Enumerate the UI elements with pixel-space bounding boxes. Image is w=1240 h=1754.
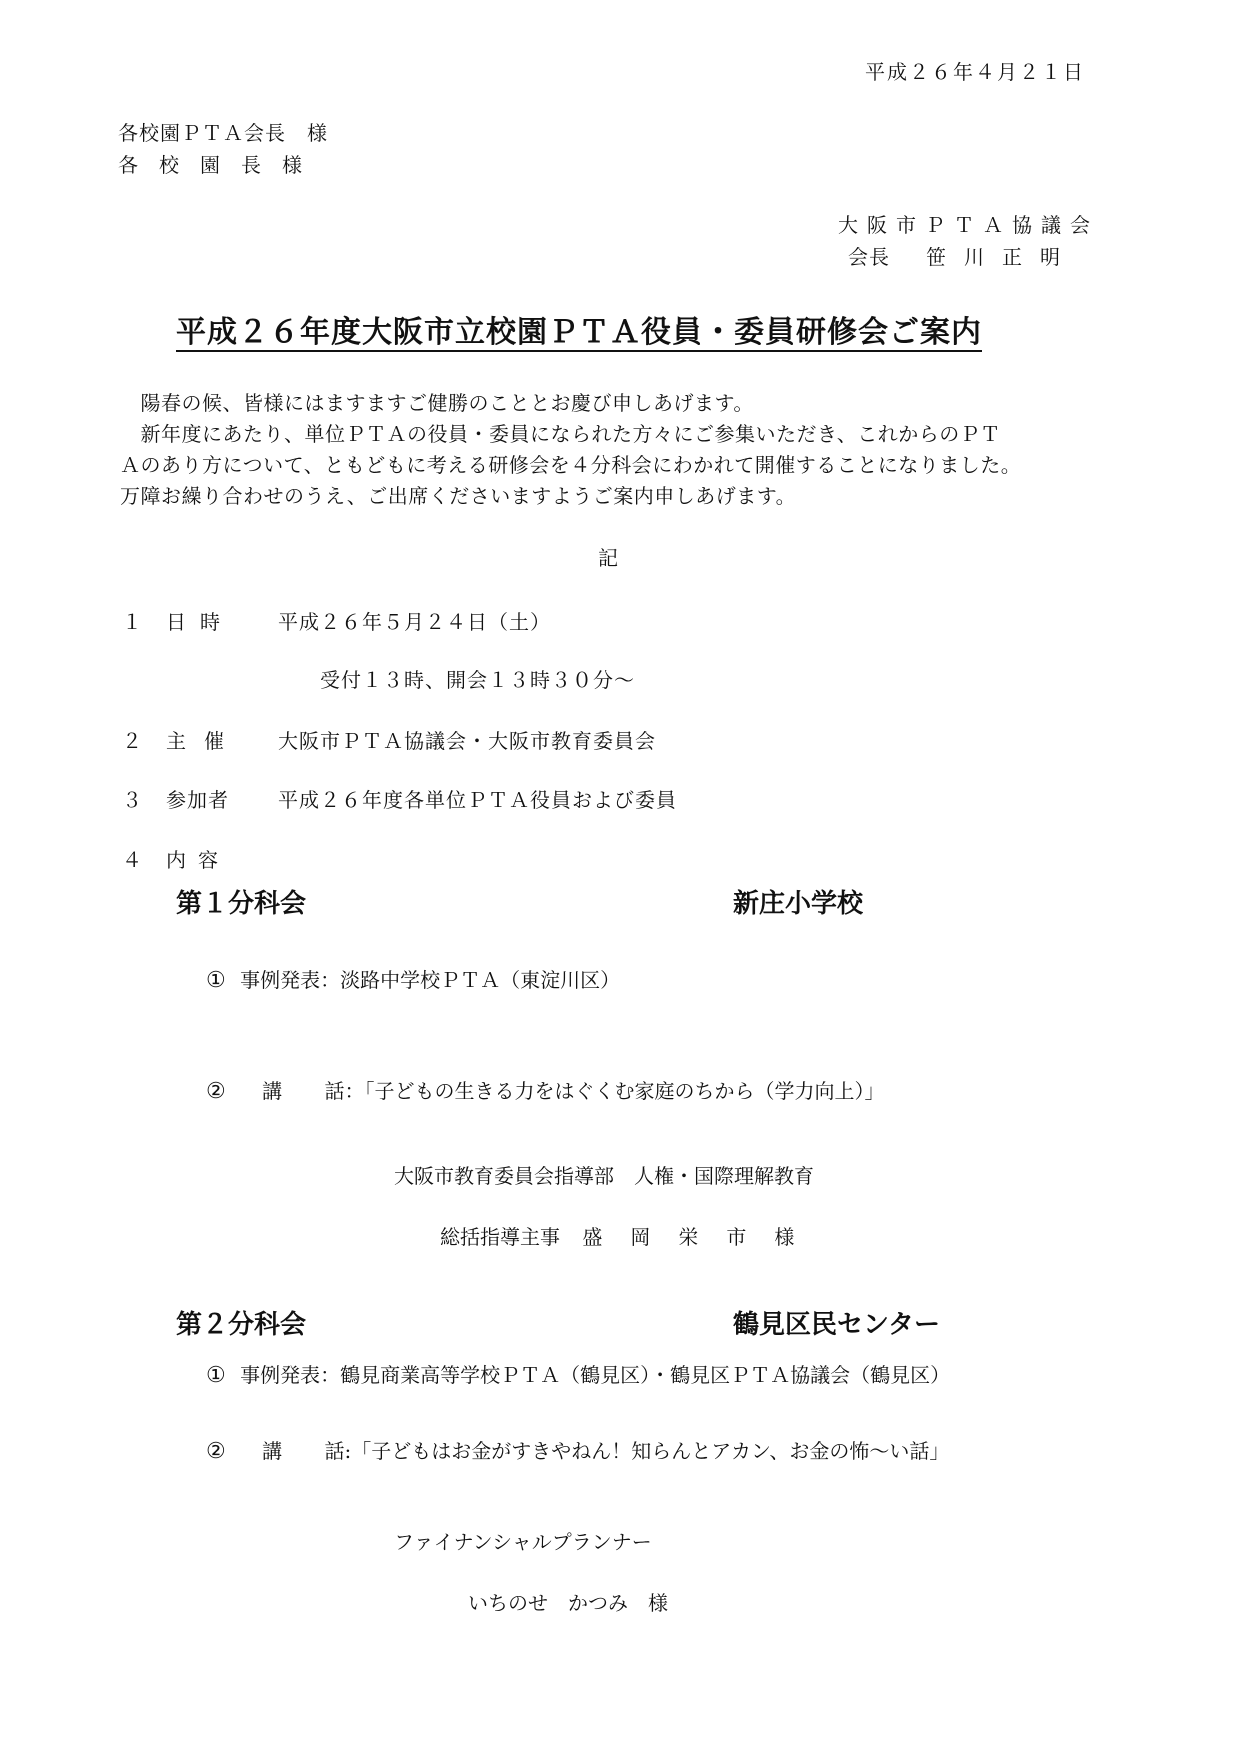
- case-study-label: 事例発表：: [240, 968, 340, 992]
- sender-name: 笹川正明: [926, 245, 1078, 269]
- sender-signature: 会長笹川正明: [848, 247, 1078, 267]
- case-study-value: 淡路中学校ＰＴＡ（東淀川区）: [340, 968, 620, 992]
- item-label-content: 内容: [166, 850, 230, 870]
- lecture-label-part1: 講: [262, 1439, 282, 1463]
- body-line: 陽春の候、皆様にはますますご健勝のこととお慶び申しあげます。: [120, 388, 1120, 419]
- item-value-participants: 平成２６年度各単位ＰＴＡ役員および委員: [278, 790, 677, 810]
- session-2-speaker-affiliation: ファイナンシャルプランナー: [394, 1532, 652, 1552]
- greeting-body: 陽春の候、皆様にはますますご健勝のこととお慶び申しあげます。 新年度にあたり、単…: [120, 388, 1120, 512]
- item-value-datetime: 平成２６年５月２４日（土）: [278, 612, 551, 632]
- circled-two-marker: ②: [206, 1079, 226, 1104]
- ki-heading: 記: [598, 548, 618, 568]
- lecture-title: 「子どもの生きる力をはぐくむ家庭のちから（学力向上）」: [364, 1079, 884, 1103]
- case-study-value: 鶴見商業高等学校ＰＴＡ（鶴見区）・鶴見区ＰＴＡ協議会（鶴見区）: [340, 1363, 950, 1387]
- session-1-speaker: 総括指導主事 盛 岡 栄 市 様: [440, 1227, 798, 1247]
- document-date: 平成２６年４月２１日: [865, 62, 1085, 82]
- body-line: 万障お繰り合わせのうえ、ご出席くださいますようご案内申しあげます。: [120, 481, 1120, 512]
- item-label-participants: 参加者: [166, 790, 229, 810]
- session-2-lecture: ② 講 話:「子どもはお金がすきやねん！知らんとアカン、お金の怖～い話」: [206, 1441, 949, 1463]
- recipient-principals: 各校園長様: [118, 155, 323, 175]
- sender-organization: 大阪市ＰＴＡ協議会: [838, 215, 1099, 235]
- body-line: 新年度にあたり、単位ＰＴＡの役員・委員になられた方々にご参集いただき、これからの…: [120, 419, 1120, 450]
- sender-role: 会長: [848, 245, 890, 269]
- item-label-datetime: 日時: [166, 612, 234, 632]
- case-study-label: 事例発表：: [240, 1363, 340, 1387]
- lecture-label-part1: 講: [262, 1079, 282, 1103]
- item-number: ３: [122, 790, 142, 810]
- circled-two-marker: ②: [206, 1439, 226, 1464]
- item-label-organizer: 主催: [166, 731, 242, 751]
- recipient-pta-presidents: 各校園ＰＴＡ会長 様: [118, 123, 328, 143]
- item-number: ２: [122, 731, 142, 751]
- circled-one-marker: ①: [206, 1363, 226, 1388]
- session-2-case-study: ① 事例発表：鶴見商業高等学校ＰＴＡ（鶴見区）・鶴見区ＰＴＡ協議会（鶴見区）: [206, 1365, 950, 1387]
- session-1-speaker-affiliation: 大阪市教育委員会指導部 人権・国際理解教育: [394, 1166, 814, 1186]
- session-1-case-study: ① 事例発表：淡路中学校ＰＴＡ（東淀川区）: [206, 970, 620, 992]
- session-2-name: 第２分科会: [176, 1312, 306, 1338]
- lecture-label-part2: 話:: [324, 1439, 351, 1463]
- item-value-organizer: 大阪市ＰＴＡ協議会・大阪市教育委員会: [278, 731, 656, 751]
- item-value-reception-time: 受付１３時、開会１３時３０分～: [320, 670, 635, 690]
- circled-one-marker: ①: [206, 968, 226, 993]
- body-line: Ａのあり方について、ともどもに考える研修会を４分科会にわかれて開催することになり…: [120, 450, 1120, 481]
- session-2-venue: 鶴見区民センター: [733, 1312, 940, 1338]
- session-1-venue: 新庄小学校: [733, 891, 863, 917]
- speaker-name: 盛 岡 栄 市 様: [582, 1225, 798, 1249]
- lecture-label-part2: 話：: [324, 1079, 364, 1103]
- lecture-title: 「子どもはお金がすきやねん！知らんとアカン、お金の怖～い話」: [351, 1439, 949, 1463]
- item-number: １: [122, 612, 142, 632]
- session-2-speaker-name: いちのせ かつみ 様: [468, 1593, 668, 1613]
- speaker-title: 総括指導主事: [440, 1225, 560, 1249]
- session-1-lecture: ② 講 話：「子どもの生きる力をはぐくむ家庭のちから（学力向上）」: [206, 1081, 884, 1103]
- document-title: 平成２６年度大阪市立校園ＰＴＡ役員・委員研修会ご案内: [176, 318, 982, 352]
- session-1-name: 第１分科会: [176, 891, 306, 917]
- item-number: ４: [122, 850, 142, 870]
